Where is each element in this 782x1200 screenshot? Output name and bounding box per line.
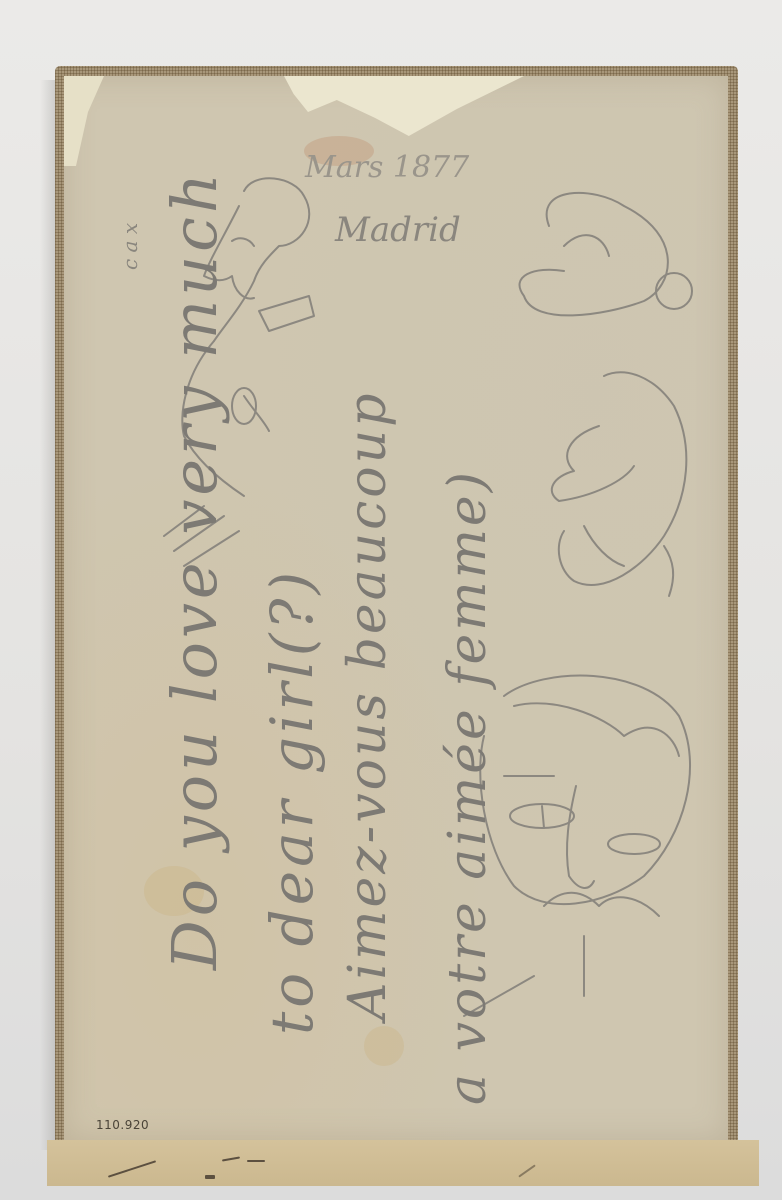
flap-pencil-mark [222,1156,240,1161]
flap-pencil-mark [205,1175,215,1179]
handwriting-line-1: Do you love very much [158,169,231,970]
place-note: Madrid [335,210,461,250]
ear-sketch [520,193,692,316]
flap-pencil-mark [518,1164,536,1177]
handwriting-line-2: to dear girl(?) [258,568,326,1035]
flap-pencil-mark [108,1160,156,1177]
lower-page-flap [47,1140,759,1186]
corner-note: c a x [118,223,142,270]
handwriting-line-4: a votre aimée femme) [438,469,498,1105]
date-note: Mars 1877 [305,150,469,185]
flap-pencil-mark [247,1160,265,1162]
handwriting-line-3: Aimez-vous beaucoup [338,391,398,1020]
inventory-number: 110.920 [96,1118,149,1132]
cap-head-sketch [552,372,687,596]
